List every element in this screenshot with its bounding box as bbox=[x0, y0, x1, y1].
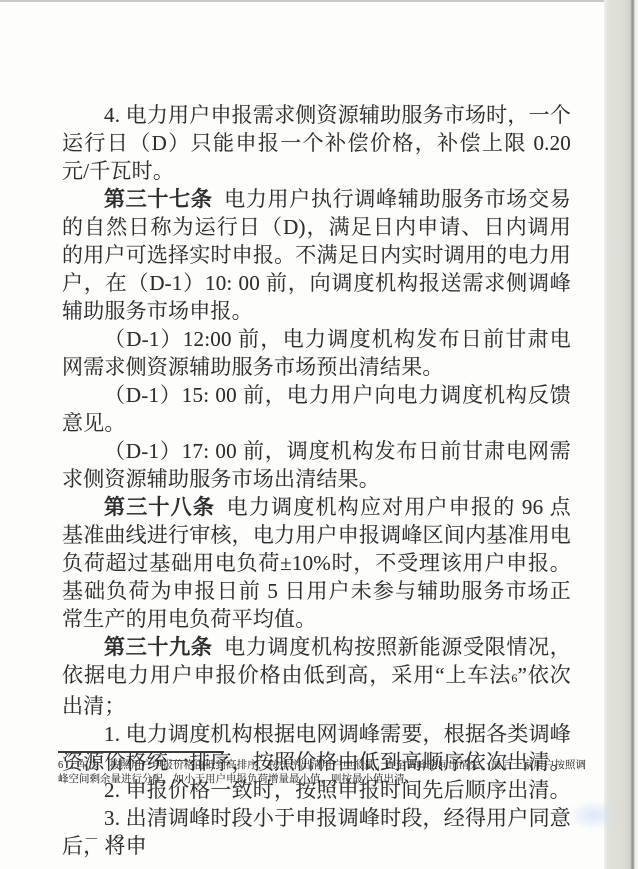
article-heading: 第三十八条 bbox=[104, 495, 215, 519]
paragraph-article-38: 第三十八条电力调度机构应对用户申报的 96 点基准曲线进行审核，电力用户申报调峰… bbox=[62, 493, 571, 633]
paragraph-text: 4. 电力用户申报需求侧资源辅助服务市场时，一个运行日（D）只能申报一个补偿价格… bbox=[62, 103, 571, 183]
footnote-text: 上车法：按照用户申报价格由低到高排序，按排序出清用户申报量，直至调峰空间出清完，… bbox=[58, 760, 586, 785]
paragraph-item-4: 4. 电力用户申报需求侧资源辅助服务市场时，一个运行日（D）只能申报一个补偿价格… bbox=[62, 101, 571, 185]
paragraph-text: （D-1）12:00 前，电力调度机构发布日前甘肃电网需求侧资源辅助服务市场预出… bbox=[62, 327, 571, 379]
scan-top-edge-line bbox=[0, 0, 638, 2]
footnote-area: 6上车法：按照用户申报价格由低到高排序，按排序出清用户申报量，直至调峰空间出清完… bbox=[58, 751, 586, 786]
article-heading: 第三十七条 bbox=[104, 187, 213, 211]
article-heading: 第三十九条 bbox=[104, 635, 213, 659]
paragraph-article-37: 第三十七条电力用户执行调峰辅助服务市场交易的自然日称为运行日（D)，满足日内申请… bbox=[62, 185, 571, 325]
paragraph-article-39: 第三十九条电力调度机构按照新能源受限情况，依据电力用户申报价格由低到高，采用“上… bbox=[62, 633, 571, 720]
paragraph-d1-1200: （D-1）12:00 前，电力调度机构发布日前甘肃电网需求侧资源辅助服务市场预出… bbox=[62, 325, 571, 381]
paragraph-text: （D-1）15: 00 前，电力用户向电力调度机构反馈意见。 bbox=[62, 383, 571, 435]
page-number: － 12 － bbox=[84, 828, 149, 849]
document-body: 4. 电力用户申报需求侧资源辅助服务市场时，一个运行日（D）只能申报一个补偿价格… bbox=[62, 101, 571, 860]
paragraph-d1-1500: （D-1）15: 00 前，电力用户向电力调度机构反馈意见。 bbox=[62, 381, 571, 437]
paragraph-d1-1700: （D-1）17: 00 前，调度机构发布日前甘肃电网需求侧资源辅助服务市场出清结… bbox=[62, 437, 571, 493]
paragraph-text: （D-1）17: 00 前，调度机构发布日前甘肃电网需求侧资源辅助服务市场出清结… bbox=[62, 439, 571, 491]
scan-right-edge bbox=[604, 0, 638, 869]
scan-smudge-artifact bbox=[568, 800, 620, 830]
footnote-divider-line bbox=[58, 751, 224, 753]
scanned-document-page: { "document": { "paragraphs": [ { "text"… bbox=[0, 0, 638, 869]
footnote: 6上车法：按照用户申报价格由低到高排序，按排序出清用户申报量，直至调峰空间出清完… bbox=[58, 759, 586, 786]
footnote-marker: 6 bbox=[58, 760, 63, 771]
